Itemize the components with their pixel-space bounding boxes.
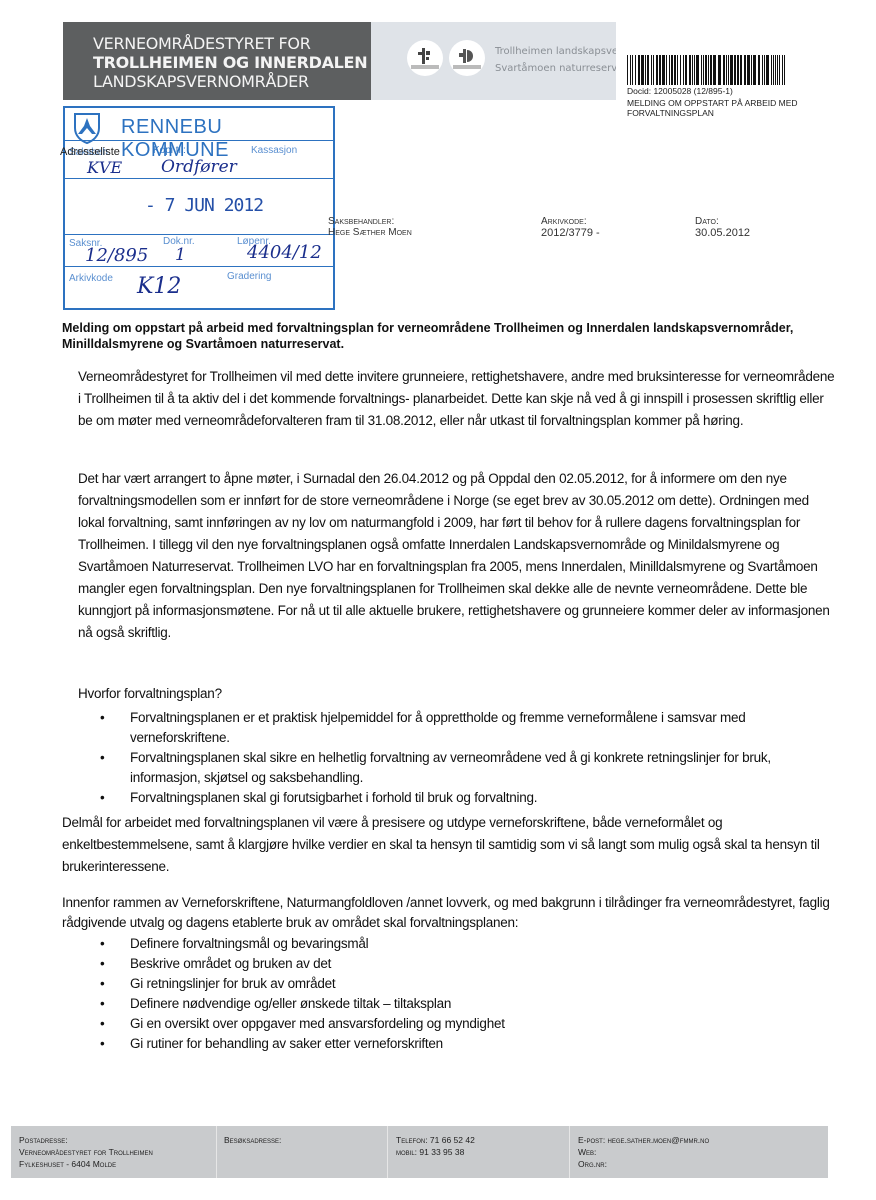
- paragraph-meetings: Det har vært arrangert to åpne møter, i …: [78, 468, 838, 644]
- org-name-line3: LANDSKAPSVERNOMRÅDER: [93, 72, 309, 91]
- stamp-value-saksbeh: KVE: [87, 158, 122, 177]
- list-item: Gi en oversikt over oppgaver med ansvars…: [100, 1014, 820, 1034]
- barcode-subject-line2: FORVALTNINGSPLAN: [627, 108, 714, 118]
- organization-logo-icon: [449, 40, 485, 76]
- dato-field: Dato: 30.05.2012: [695, 216, 750, 239]
- paragraph-framework: Innenfor rammen av Verneforskriftene, Na…: [62, 893, 832, 933]
- telefon: Telefon: 71 66 52 42: [396, 1134, 475, 1146]
- postadresse-line2: Fylkeshuset - 6404 Molde: [19, 1158, 153, 1170]
- list-item: Forvaltningsplanen skal sikre en helhetl…: [100, 748, 820, 788]
- dato-value: 30.05.2012: [695, 227, 750, 239]
- list-item: Gi rutiner for behandling av saker etter…: [100, 1034, 820, 1054]
- list-item: Beskrive området og bruken av det: [100, 954, 820, 974]
- list-item: Gi retningslinjer for bruk av området: [100, 974, 820, 994]
- stamp-label-kassasjon: Kassasjon: [251, 145, 297, 156]
- header-side-text-2: Svartåmoen naturreservat | M: [495, 63, 616, 74]
- stamp-value-kopi: Ordfører: [161, 157, 237, 177]
- saksbehandler-field: Saksbehandler: Hege Sæther Moen: [328, 216, 412, 238]
- header-side-text-1: Trollheimen landskapsverno: [495, 46, 616, 57]
- plan-bullet-list: Definere forvaltningsmål og bevaringsmål…: [100, 934, 820, 1054]
- postadresse-label: Postadresse:: [19, 1134, 153, 1146]
- footer-besoksadresse: Besøksadresse:: [224, 1134, 281, 1146]
- stamp-value-saksnr: 12/895: [85, 245, 148, 266]
- postadresse-line1: Verneområdestyret for Trollheimen: [19, 1146, 153, 1158]
- received-stamp: RENNEBU KOMMUNE Saksbeh. Kopi til: Kassa…: [63, 106, 335, 310]
- adresseliste-label: Adresseliste: [60, 146, 120, 158]
- why-bullet-list: Forvaltningsplanen er et praktisk hjelpe…: [100, 708, 820, 808]
- footer-postadresse: Postadresse: Verneområdestyret for Troll…: [19, 1134, 153, 1170]
- barcode-subject-line1: MELDING OM OPPSTART PÅ ARBEID MED: [627, 98, 798, 108]
- list-item: Definere forvaltningsmål og bevaringsmål: [100, 934, 820, 954]
- barcode-icon: [627, 55, 786, 85]
- saksbehandler-label: Saksbehandler:: [328, 216, 412, 227]
- footer-phone: Telefon: 71 66 52 42 mobil: 91 33 95 38: [396, 1134, 475, 1158]
- paragraph-goals: Delmål for arbeidet med forvaltningsplan…: [62, 812, 832, 878]
- why-heading: Hvorfor forvaltningsplan?: [78, 683, 838, 705]
- web-label: Web:: [578, 1146, 709, 1158]
- list-item: Definere nødvendige og/eller ønskede til…: [100, 994, 820, 1014]
- stamp-label-gradering: Gradering: [227, 271, 271, 282]
- header-side-panel: Trollheimen landskapsverno Svartåmoen na…: [371, 22, 616, 100]
- organization-logo-icon: [407, 40, 443, 76]
- saksbehandler-value: Hege Sæther Moen: [328, 227, 412, 238]
- orgnr-label: Org.nr:: [578, 1158, 709, 1170]
- organization-banner: VERNEOMRÅDESTYRET FOR TROLLHEIMEN OG INN…: [63, 22, 371, 100]
- stamp-received-date: - 7 JUN 2012: [145, 195, 263, 216]
- arkivkode-field: Arkivkode: 2012/3779 -: [541, 216, 600, 239]
- list-item: Forvaltningsplanen er et praktisk hjelpe…: [100, 708, 820, 748]
- mobil: mobil: 91 33 95 38: [396, 1146, 475, 1158]
- document-title: Melding om oppstart på arbeid med forval…: [62, 320, 822, 352]
- list-item: Forvaltningsplanen skal gi forutsigbarhe…: [100, 788, 820, 808]
- org-name-line2: TROLLHEIMEN OG INNERDALEN: [93, 53, 367, 72]
- footer-online: E-post: hege.sather.moen@fmmr.no Web: Or…: [578, 1134, 709, 1170]
- dato-label: Dato:: [695, 216, 750, 227]
- docid-label: Docid: 12005028 (12/895-1): [627, 86, 733, 96]
- besoksadresse-label: Besøksadresse:: [224, 1134, 281, 1146]
- stamp-label-kopi: Kopi til:: [153, 145, 186, 156]
- stamp-value-arkivkode: K12: [137, 274, 181, 299]
- org-name-line1: VERNEOMRÅDESTYRET FOR: [93, 34, 311, 53]
- epost[interactable]: E-post: hege.sather.moen@fmmr.no: [578, 1134, 709, 1146]
- stamp-value-lopenr: 4404/12: [247, 242, 322, 263]
- footer-contact-bar: Postadresse: Verneområdestyret for Troll…: [11, 1126, 828, 1178]
- stamp-label-arkivkode: Arkivkode: [69, 273, 113, 284]
- arkivkode-value: 2012/3779 -: [541, 227, 600, 239]
- arkivkode-label: Arkivkode:: [541, 216, 600, 227]
- stamp-value-doknr: 1: [175, 245, 186, 265]
- paragraph-intro: Verneområdestyret for Trollheimen vil me…: [78, 366, 838, 432]
